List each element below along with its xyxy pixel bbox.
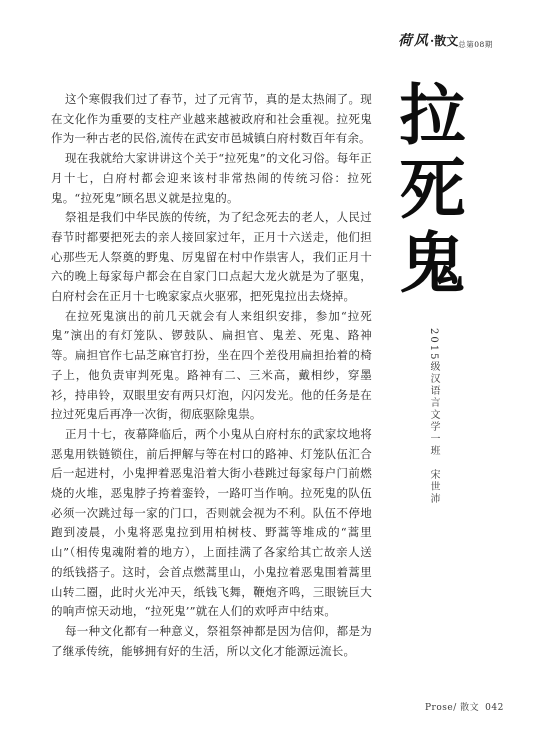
magazine-page: 荷风·散文总第08期 这个寒假我们过了春节，过了元宵节，真的是太热闹了。现在文化…	[0, 0, 543, 747]
paragraph: 正月十七，夜幕降临后，两个小鬼从白府村东的武家坟地将恶鬼用铁链锁住，前后押解与等…	[51, 425, 372, 622]
article-body: 这个寒假我们过了春节，过了元宵节，真的是太热闹了。现在文化作为重要的支柱产业越来…	[51, 90, 372, 661]
paragraph: 祭祖是我们中华民族的传统，为了纪念死去的老人，人民过春节时都要把死去的亲人接回家…	[51, 208, 372, 307]
paragraph: 现在我就给大家讲讲这个关于“拉死鬼”的文化习俗。每年正月十七，白府村都会迎来该村…	[51, 149, 372, 208]
footer-section-label: Prose/ 散文	[425, 703, 479, 713]
footer-page-number: 042	[485, 703, 504, 713]
journal-section-label: 散文	[434, 34, 458, 48]
paragraph: 这个寒假我们过了春节，过了元宵节，真的是太热闹了。现在文化作为重要的支柱产业越来…	[51, 90, 372, 149]
author-byline: 2015级汉语言文学一班 宋世沛	[426, 328, 440, 505]
page-footer: Prose/ 散文042	[425, 700, 504, 713]
journal-issue-number: 总第08期	[458, 40, 493, 49]
paragraph: 在拉死鬼演出的前几天就会有人来组织安排，参加“拉死鬼”演出的有灯笼队、锣鼓队、扁…	[51, 307, 372, 425]
journal-brand: 荷风	[398, 33, 430, 49]
article-title: 拉死鬼	[393, 80, 461, 302]
journal-header: 荷风·散文总第08期	[398, 30, 493, 50]
paragraph: 每一种文化都有一种意义，祭祖祭神都是因为信仰，都是为了继承传统，能够拥有好的生活…	[51, 622, 372, 661]
